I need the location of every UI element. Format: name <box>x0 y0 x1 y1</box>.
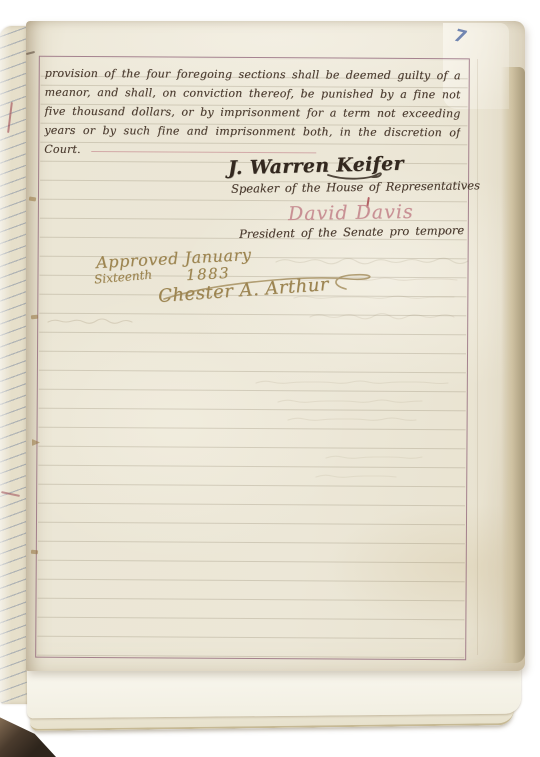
end-flourish-line <box>91 151 316 153</box>
manuscript-line: meanor, and shall, on conviction thereof… <box>45 83 461 105</box>
manuscript-line: provision of the four foregoing sections… <box>45 64 461 86</box>
fore-edge-stack <box>501 67 525 663</box>
binding-stitch-mark <box>31 315 38 320</box>
ruled-border: provision of the four foregoing sections… <box>35 56 470 661</box>
book-photo: 7 provision of the four foregoing sectio… <box>0 0 540 757</box>
binding-stitch-mark <box>31 550 38 555</box>
stray-pen-mark <box>26 51 35 55</box>
senate-signature: David Davis <box>288 201 414 225</box>
underpage-margin-line <box>1 491 20 497</box>
manuscript-page: 7 provision of the four foregoing sectio… <box>26 21 525 671</box>
binding-stitch-mark <box>29 197 36 202</box>
page-crease <box>477 59 478 655</box>
manuscript-line-text: Court. <box>44 140 81 159</box>
underpage-margin-line <box>7 102 13 133</box>
manuscript-line: years or by such fine and imprisonment b… <box>44 121 460 143</box>
signature-flourish-icon <box>154 269 384 309</box>
manuscript-line: five thousand dollars, or by imprisonmen… <box>44 102 460 124</box>
manuscript-text: provision of the four foregoing sections… <box>44 64 461 162</box>
